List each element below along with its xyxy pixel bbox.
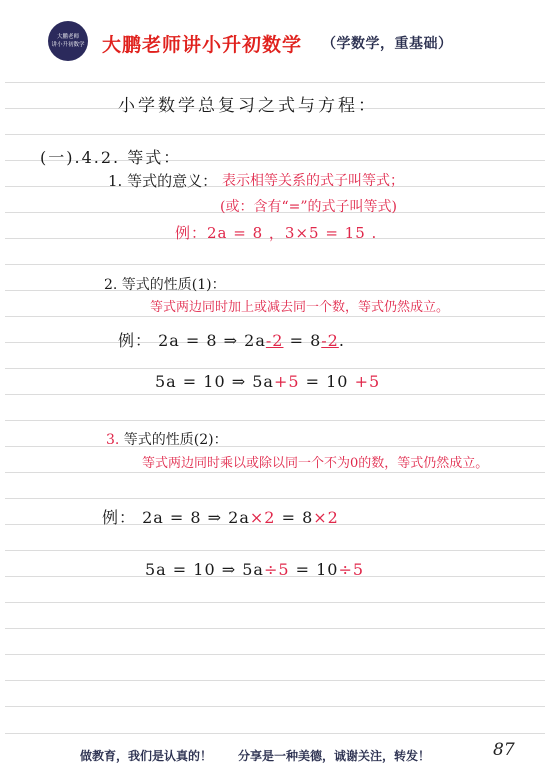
ruled-line (5, 394, 545, 395)
item1-definition: 表示相等关系的式子叫等式； (222, 170, 404, 190)
equation-operation: ÷5 (264, 560, 290, 579)
ruled-line (5, 498, 545, 499)
equation-middle: = 8 (283, 331, 321, 350)
ruled-line (5, 290, 545, 291)
example-prefix: 例： (102, 508, 136, 527)
example-equation: 2a = 8 ，3×5 = 15 . (207, 224, 377, 242)
equation-middle: = 10 (290, 560, 339, 579)
item3-example-2: 5a = 10 ⇒ 5a÷5 = 10÷5 (145, 560, 364, 579)
ruled-line (5, 602, 545, 603)
ruled-line (5, 134, 545, 135)
equation-end: . (339, 331, 345, 350)
ruled-line (5, 446, 545, 447)
page-number: 87 (493, 740, 515, 760)
section-heading: (一).4.2. 等式： (40, 145, 181, 168)
item1-label: 1. 等式的意义： (108, 170, 217, 191)
brand-logo: 大鹏老师 讲小升初数学 (48, 21, 88, 61)
equation-operation-2: -2 (321, 331, 339, 350)
logo-line-1: 大鹏老师 (57, 33, 79, 41)
ruled-line (5, 264, 545, 265)
item1-definition-alt: (或：含有“=”的式子叫等式) (220, 196, 397, 216)
item1-example: 例：2a = 8 ，3×5 = 15 . (175, 222, 377, 243)
example-prefix: 例： (175, 224, 207, 242)
ruled-line (5, 368, 545, 369)
ruled-line (5, 82, 545, 83)
example-prefix: 例： (118, 331, 152, 350)
equation-middle: = 10 (300, 372, 355, 391)
item2-example-1: 例： 2a = 8 ⇒ 2a-2 = 8-2. (118, 328, 345, 351)
equation-left: 5a = 10 ⇒ 5a (145, 560, 264, 579)
equation-middle: = 8 (275, 508, 313, 527)
item3-label-text: 等式的性质(2)： (119, 432, 227, 448)
ruled-line (5, 733, 545, 734)
equation-operation: +5 (274, 372, 300, 391)
notes-title: 小学数学总复习之式与方程： (118, 91, 378, 116)
ruled-line (5, 420, 545, 421)
item3-number: 3. (106, 432, 119, 448)
item2-rule: 等式两边同时加上或减去同一个数，等式仍然成立。 (150, 296, 449, 315)
equation-left: 2a = 8 ⇒ 2a (142, 508, 250, 527)
footer-slogan-left: 做教育，我们是认真的！ (80, 747, 212, 764)
equation-operation-2: +5 (355, 372, 381, 391)
equation-left: 5a = 10 ⇒ 5a (155, 372, 274, 391)
item3-example-1: 例： 2a = 8 ⇒ 2a×2 = 8×2 (102, 505, 339, 528)
ruled-line (5, 706, 545, 707)
equation-operation: ×2 (250, 508, 276, 527)
ruled-line (5, 550, 545, 551)
brand-subtitle: （学数学，重基础） (322, 33, 453, 53)
ruled-line (5, 628, 545, 629)
ruled-line (5, 680, 545, 681)
equation-operation: -2 (266, 331, 284, 350)
equation-left: 2a = 8 ⇒ 2a (158, 331, 266, 350)
equation-operation-2: ÷5 (338, 560, 364, 579)
ruled-line (5, 316, 545, 317)
equation-operation-2: ×2 (313, 508, 339, 527)
item2-label: 2. 等式的性质(1)： (104, 274, 226, 294)
logo-line-2: 讲小升初数学 (51, 41, 84, 49)
brand-title: 大鹏老师讲小升初数学 (102, 30, 302, 57)
item3-label: 3. 等式的性质(2)： (106, 429, 228, 449)
page-header: 大鹏老师 讲小升初数学 大鹏老师讲小升初数学 （学数学，重基础） (0, 0, 550, 72)
item2-example-2: 5a = 10 ⇒ 5a+5 = 10 +5 (155, 372, 380, 391)
ruled-line (5, 472, 545, 473)
ruled-line (5, 654, 545, 655)
item3-rule: 等式两边同时乘以或除以同一个不为0的数，等式仍然成立。 (142, 452, 488, 471)
footer-slogan-right: 分享是一种美德，诚谢关注，转发！ (238, 747, 430, 764)
